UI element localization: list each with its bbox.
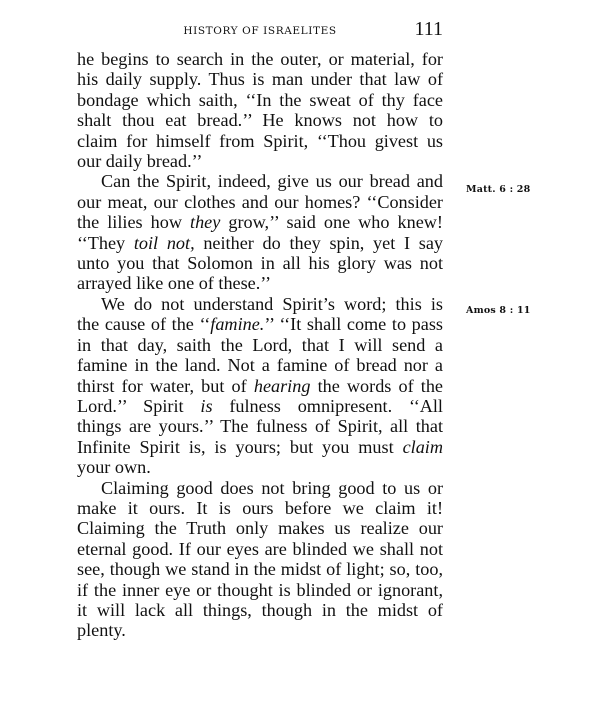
text-line: eternal good. If our eyes are blinded we… bbox=[77, 539, 443, 559]
text-line: bondage which saith, ‘‘In the sweat of t… bbox=[77, 90, 443, 110]
text-line: claim for himself from Spirit, ‘‘Thou gi… bbox=[77, 131, 443, 151]
text-line: he begins to search in the outer, or mat… bbox=[77, 49, 443, 69]
emphasis: hearing bbox=[254, 376, 311, 396]
text-line: in that day, saith the Lord, that I will… bbox=[77, 335, 443, 355]
text-line: our daily bread.’’ bbox=[77, 151, 443, 171]
text-line: thirst for water, but of hearing the wor… bbox=[77, 376, 443, 396]
paragraph: he begins to search in the outer, or mat… bbox=[77, 49, 443, 171]
text-line: if the inner eye or thought is blinded o… bbox=[77, 580, 443, 600]
text-line: Lord.’’ Spirit is fulness omnipresent. ‘… bbox=[77, 396, 443, 416]
margin-note-amos: Amos 8 : 11 bbox=[466, 305, 531, 316]
text-line: your own. bbox=[77, 457, 443, 477]
paragraph: Can the Spirit, indeed, give us our brea… bbox=[77, 171, 443, 293]
emphasis: famine. bbox=[210, 314, 264, 334]
emphasis: they bbox=[190, 212, 220, 232]
text-line: unto you that Solomon in all his glory w… bbox=[77, 253, 443, 273]
text-line: make it ours. It is ours before we claim… bbox=[77, 498, 443, 518]
emphasis: claim bbox=[403, 437, 443, 457]
text-line: Can the Spirit, indeed, give us our brea… bbox=[77, 171, 443, 191]
text-line: Claiming good does not bring good to us … bbox=[77, 478, 443, 498]
text-line: We do not understand Spirit’s word; this… bbox=[77, 294, 443, 314]
running-head: HISTORY OF ISRAELITES 111 bbox=[77, 18, 443, 42]
paragraph: We do not understand Spirit’s word; this… bbox=[77, 294, 443, 478]
book-page: HISTORY OF ISRAELITES 111 he begins to s… bbox=[0, 0, 600, 709]
body-text: he begins to search in the outer, or mat… bbox=[77, 49, 443, 641]
text-line: the lilies how they grow,’’ said one who… bbox=[77, 212, 443, 232]
emphasis: toil not, bbox=[134, 233, 195, 253]
text-line: our meat, our clothes and our homes? ‘‘C… bbox=[77, 192, 443, 212]
paragraph: Claiming good does not bring good to us … bbox=[77, 478, 443, 641]
text-line: it will lack all things, though in the m… bbox=[77, 600, 443, 620]
margin-note-matthew: Matt. 6 : 28 bbox=[466, 184, 530, 195]
text-line: Claiming the Truth only makes us realize… bbox=[77, 518, 443, 538]
text-line: plenty. bbox=[77, 620, 443, 640]
text-line: see, though we stand in the midst of lig… bbox=[77, 559, 443, 579]
text-line: ‘‘They toil not, neither do they spin, y… bbox=[77, 233, 443, 253]
text-line: Infinite Spirit is, is yours; but you mu… bbox=[77, 437, 443, 457]
text-line: shalt thou eat bread.’’ He knows not how… bbox=[77, 110, 443, 130]
text-line: his daily supply. Thus is man under that… bbox=[77, 69, 443, 89]
running-title: HISTORY OF ISRAELITES bbox=[77, 25, 443, 37]
text-line: the cause of the ‘‘famine.’’ ‘‘It shall … bbox=[77, 314, 443, 334]
text-line: arrayed like one of these.’’ bbox=[77, 273, 443, 293]
text-line: things are yours.’’ The fulness of Spiri… bbox=[77, 416, 443, 436]
page-number: 111 bbox=[414, 18, 443, 41]
emphasis: is bbox=[200, 396, 212, 416]
text-line: famine in the land. Not a famine of brea… bbox=[77, 355, 443, 375]
